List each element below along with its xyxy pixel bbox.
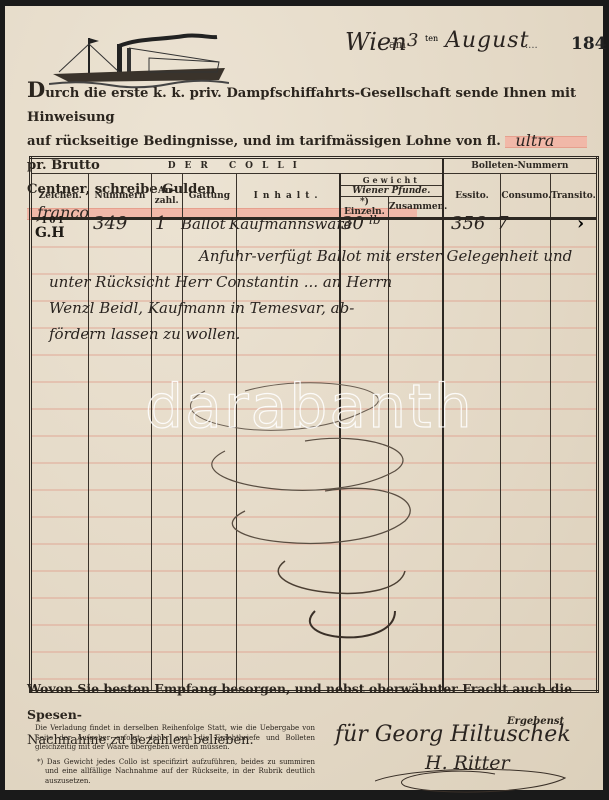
steamship-icon — [49, 28, 229, 90]
header-wiener-pfunde: Wiener Pfunde. — [340, 186, 443, 197]
col-nummern — [89, 219, 151, 692]
signature-name-1: für Georg Hiltuschek — [335, 722, 571, 747]
col-zeichen — [31, 219, 89, 692]
header-consumo: Consumo. — [501, 174, 550, 219]
header-der-colli: DER COLLI — [31, 158, 443, 174]
date-year: 184 — [571, 34, 607, 54]
header-gattung: Gattung — [182, 174, 236, 219]
signature-flourish — [375, 766, 575, 796]
header-gewicht: Gewicht — [340, 174, 443, 186]
intro-line-2-text: auf rückseitige Bedingnisse, und im tari… — [27, 134, 501, 149]
header-essito: Essito. — [443, 174, 501, 219]
header-inhalt: Inhalt. — [237, 174, 341, 219]
signature-block: Ergebenst für Georg Hiltuschek H. Ritter — [335, 706, 605, 796]
col-consumo — [501, 219, 550, 692]
header-transito: Transito. — [550, 174, 597, 219]
header-einzeln: *) Einzeln. — [340, 197, 388, 219]
header-zusammen: Zusammen. — [388, 197, 442, 219]
header-anzahl: An-zahl. — [151, 174, 182, 219]
terms-notes: Die Verladung findet in derselben Reihen… — [35, 724, 315, 791]
date-line: Wien am 3 ten August .... 184 — [345, 28, 605, 60]
waybill-document: Wien am 3 ten August .... 184 Durch die … — [5, 6, 603, 790]
fee-value: ultra — [515, 129, 554, 153]
drop-cap: D — [27, 77, 45, 102]
note-loading-order: Die Verladung findet in derselben Reihen… — [35, 724, 315, 753]
fee-field: ultra — [505, 136, 587, 148]
header-bolleten-nummern: Bolleten-Nummern — [443, 158, 598, 174]
date-dots: .... — [525, 40, 538, 51]
date-day-suffix: ten — [425, 34, 438, 43]
header-zeichen: Zeichen. — [31, 174, 89, 219]
note-weight: *) Das Gewicht jedes Collo ist specifizi… — [35, 758, 315, 787]
date-day: 3 — [407, 30, 418, 51]
intro-line-1-text: urch die erste k. k. priv. Dampfschiffah… — [27, 86, 576, 125]
header-nummern: Nummern — [89, 174, 151, 219]
date-am-label: am — [389, 38, 406, 51]
col-essito — [443, 219, 501, 692]
intro-line-1: Durch die erste k. k. priv. Dampfschiffa… — [27, 82, 599, 130]
date-month: August — [445, 28, 529, 53]
col-transito — [550, 219, 597, 692]
watermark: darabanth — [145, 372, 474, 442]
